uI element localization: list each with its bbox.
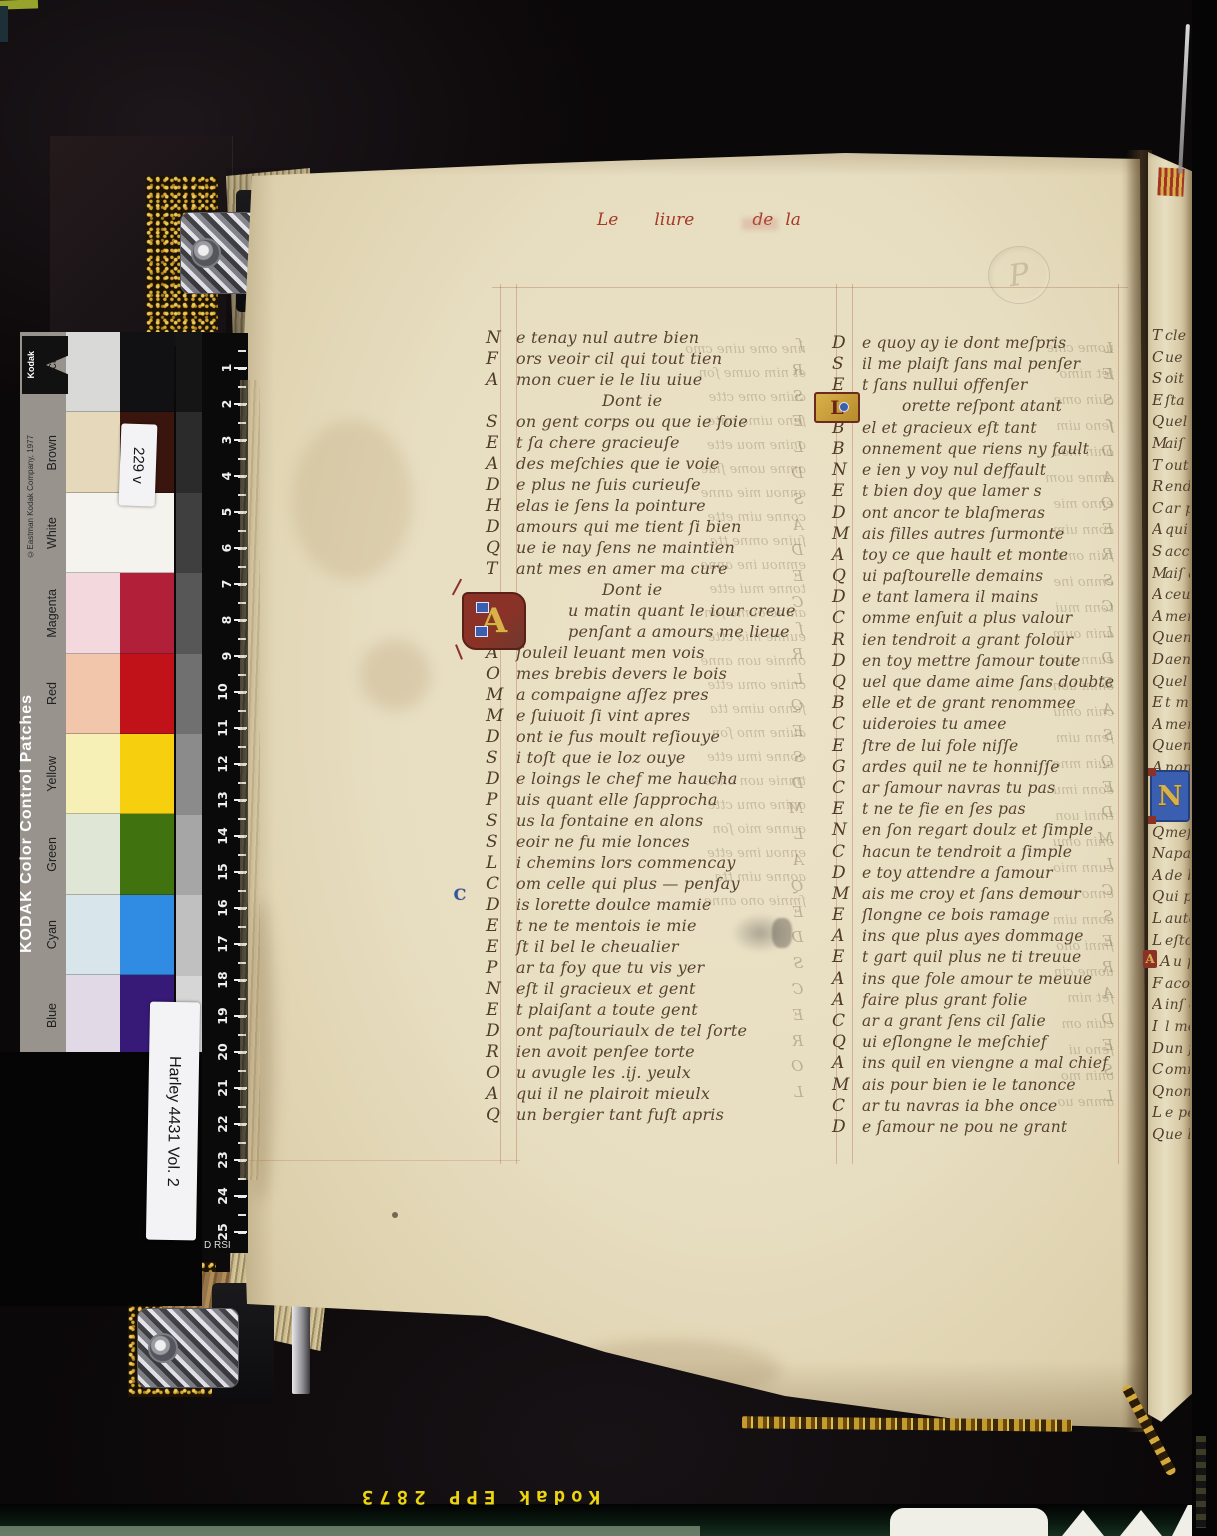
verse-line: E ſlongne ce bois ramage (832, 905, 1132, 926)
verse-initial-letter: E (486, 433, 516, 453)
ruler-number: 1 (219, 364, 234, 373)
verse-text: eoir ne fu mie lonces (516, 832, 690, 851)
gray-step (176, 493, 202, 573)
verse-line: M ais me croy et ſans demour (832, 884, 1132, 905)
film-corner-sliver-teal (0, 6, 8, 42)
verse-text: oit (1165, 371, 1184, 387)
verse-line: S eoir ne fu mie lonces (486, 832, 820, 853)
verse-line-fragment: E t m (1152, 693, 1190, 715)
verse-line: orette reſpont atant (872, 397, 1132, 418)
verse-initial-letter: S (1152, 542, 1165, 560)
verse-line: P uis quant elle ſapprocha (486, 790, 820, 811)
patch-pale (66, 493, 120, 573)
ink-blot (772, 918, 792, 948)
verse-line: E t ſans nullui offenſer (832, 375, 1132, 396)
ruler-number: 16 (215, 899, 230, 916)
verse-initial-letter: O (486, 664, 516, 684)
verse-line: D e toy attendre a ſamour (832, 863, 1132, 884)
verse-line: A ins que plus ayes dommage (832, 926, 1132, 947)
verse-initial-letter: S (486, 811, 516, 831)
verse-line: M a compaigne aſſez pres (486, 685, 820, 706)
verse-line: P ar ta foy que tu vis yer (486, 958, 820, 979)
verse-line-fragment: A mer (1152, 715, 1190, 737)
ruler-major-tick (234, 1231, 247, 1233)
verse-text: apa (1165, 846, 1190, 862)
ruler-number: 14 (215, 827, 230, 844)
verse-line-fragment: D aen (1152, 650, 1190, 672)
verse-text: uis quant elle ſapprocha (516, 790, 718, 809)
verse-line-fragment: L eſtoi (1152, 931, 1190, 953)
verse-text: elas ie ſens la pointure (516, 496, 706, 515)
verse-text: ins que fole amour te meuue (862, 970, 1092, 988)
initial-blue-accent (476, 602, 489, 613)
shelfmark-text: Harley 4431 Vol. 2 (163, 1055, 183, 1186)
verse-text: un f (1165, 1041, 1190, 1057)
text-column-right: D e quoy ay ie dont meſpris S il me plai… (832, 333, 1132, 1138)
verse-initial-letter: C (832, 608, 862, 628)
film-edge-code: Kodak EPP 2873 (356, 1486, 600, 1508)
ruler-number: 22 (215, 1115, 230, 1132)
verse-initial-letter: E (832, 905, 862, 925)
ruler-number: 24 (215, 1187, 230, 1204)
verse-initial-letter: N (486, 328, 516, 348)
gray-step (176, 332, 202, 412)
verse-text: acon (1165, 976, 1190, 992)
verse-line: penſant a amours me lieue (538, 622, 820, 643)
verse-initial-letter: D (832, 863, 862, 883)
ruler-number: 4 (219, 472, 234, 481)
verse-initial-letter: E (832, 947, 862, 967)
ruler-number: 21 (215, 1079, 230, 1096)
verse-text: uel n (1165, 674, 1190, 690)
verse-text: u avugle les .ij. yeulx (516, 1063, 691, 1082)
verse-line: C ar a grant ſens cil ſalie (832, 1011, 1132, 1032)
verse-initial-letter: A (832, 926, 862, 946)
verse-initial-letter: C (832, 1011, 862, 1031)
patch-pale (66, 975, 120, 1055)
verse-text: ais pour bien ie le tanonce (862, 1076, 1076, 1094)
verse-line: S i toſt que ie loz ouye (486, 748, 820, 769)
verse-text: de bi (1165, 868, 1190, 884)
verse-text: ar ta foy que tu vis yer (516, 958, 704, 977)
verse-text: end (1165, 479, 1190, 495)
verse-initial-letter: Q (832, 566, 862, 586)
photographed-manuscript-scene: nne ome uine cmoet nim oume ſoncuine ome… (0, 0, 1217, 1536)
verse-line-fragment: Q meſ (1152, 823, 1190, 845)
verse-line-fragment: A u pro (1160, 952, 1190, 974)
verse-initial-letter: Q (1152, 887, 1165, 905)
verse-text: mon cuer ie le liu uiue (516, 370, 702, 389)
ruler-end-label: D RSI (204, 1240, 231, 1251)
gray-step (176, 654, 202, 734)
verse-line-fragment: Q uen (1152, 736, 1190, 758)
verse-text: en toy mettre ſamour toute (862, 652, 1081, 670)
verse-line: C ar tu navras ia bhe once (832, 1096, 1132, 1117)
patch-label-text: Blue (45, 1003, 59, 1028)
patch-label: Brown (38, 412, 66, 492)
verse-text: uel que dame aime ſans doubte (862, 673, 1114, 691)
verse-text: om celle qui plus — penſay (516, 874, 740, 893)
embossed-stamp-letter: P (1007, 256, 1032, 293)
verse-text: penſant a amours me lieue (568, 622, 790, 641)
ruler-number: 8 (219, 616, 234, 625)
verse-line-fragment: A qui (1152, 520, 1190, 542)
verse-text: u pro (1173, 954, 1190, 970)
verse-line-fragment: Q ue la (1152, 1125, 1190, 1147)
verse-initial-letter: S (486, 832, 516, 852)
verse-initial-letter: L (1152, 1103, 1165, 1121)
verse-text: i chemins lors commencay (516, 853, 736, 872)
patch-label: Magenta (38, 573, 66, 653)
film-notch (1062, 1510, 1104, 1536)
verse-initial-letter: S (486, 412, 516, 432)
patch-pale (66, 895, 120, 975)
rubric-word: liure (654, 210, 694, 230)
verse-line: M e ſuiuoit ſi vint apres (486, 706, 820, 727)
verse-line-fragment: Q non (1152, 1082, 1190, 1104)
verse-initial-letter: Q (832, 672, 862, 692)
ruler-number: 19 (215, 1007, 230, 1024)
verse-line: E t gart quil plus ne ti treuue (832, 947, 1132, 968)
verse-initial-letter: E (486, 916, 516, 936)
verse-text: ar ſamour navras tu pas (862, 779, 1055, 797)
film-sprocket-tab (890, 1508, 1048, 1536)
verse-text: e ſuiuoit ſi vint apres (516, 706, 690, 725)
verse-text: non (1165, 1084, 1190, 1100)
verse-text: aen (1165, 652, 1190, 668)
verse-initial-letter: Q (832, 1032, 862, 1052)
verse-text: cle (1165, 328, 1186, 344)
verse-text: uel (1165, 414, 1187, 430)
verse-line: A toy ce que hault et monte (832, 545, 1132, 566)
page-fore-edge-sliver (240, 380, 260, 1180)
verse-line: M ais pour bien ie le tanonce (832, 1075, 1132, 1096)
gray-step (176, 734, 202, 814)
verse-line: F ors veoir cil qui tout tien (486, 349, 820, 370)
verse-initial-letter: L (486, 853, 516, 873)
speck (392, 1212, 398, 1218)
verse-line-fragment: M aiſ a (1152, 564, 1190, 586)
embossed-stamp: P (988, 246, 1050, 304)
verse-text: Dont ie (602, 391, 662, 410)
verse-initial-letter: I (1152, 1017, 1165, 1035)
verse-initial-letter: H (486, 496, 516, 516)
verse-initial-letter: A (486, 370, 516, 390)
verse-line: N e ien y voy nul deffault (832, 460, 1132, 481)
patch-row: Green (38, 814, 174, 894)
metal-clamp-bottom (137, 1308, 239, 1388)
verse-line: A des meſchies que ie voie (486, 454, 820, 475)
verse-line: A ins que fole amour te meuue (832, 969, 1132, 990)
verse-text: ſlongne ce bois ramage (862, 906, 1050, 924)
patch-label: Yellow (38, 734, 66, 814)
verse-line-fragment: S acc (1152, 542, 1190, 564)
verse-line: L i chemins lors commencay (486, 853, 820, 874)
verse-text: Dont ie (602, 580, 662, 599)
patch-label-text: White (45, 517, 59, 549)
verse-initial-letter: Q (1152, 823, 1165, 841)
ruler-number: 2 (219, 400, 234, 409)
verse-initial-letter: B (832, 693, 862, 713)
verse-line: O mes brebis devers le bois (486, 664, 820, 685)
verse-line-fragment: C ar p (1152, 499, 1190, 521)
folio-number-label: 229 v (119, 423, 158, 506)
verse-text: amours qui me tient ſi bien (516, 517, 742, 536)
verse-initial-letter: Q (1152, 628, 1165, 646)
verse-text: t m (1165, 695, 1189, 711)
verse-initial-letter: A (1152, 866, 1165, 884)
verse-initial-letter: M (832, 1075, 862, 1095)
small-initial-c: C (452, 884, 468, 904)
verse-initial-letter: A (1152, 520, 1165, 538)
verse-line: A mon cuer ie le liu uiue (486, 370, 820, 391)
verse-initial-letter: Q (1152, 1082, 1165, 1100)
verse-text: e tant lamera il mains (862, 588, 1038, 606)
verse-initial-letter: E (832, 736, 862, 756)
verse-line: S us la fontaine en alons (486, 811, 820, 832)
verse-line: Q ue ie nay ſens ne maintien (486, 538, 820, 559)
verse-text: mer (1165, 717, 1190, 733)
verse-line: C ar ſamour navras tu pas (832, 778, 1132, 799)
verse-text: ar p (1165, 501, 1190, 517)
verse-line-fragment: L auto (1152, 909, 1190, 931)
verse-initial-letter: S (486, 748, 516, 768)
verse-text: ien tendroit a grant folour (862, 631, 1073, 649)
initial-letter: C (454, 885, 467, 904)
verse-text: men (1165, 609, 1190, 625)
verse-initial-letter: Q (1152, 736, 1165, 754)
verse-line: C omme enſuit a plus valour (832, 608, 1132, 629)
verse-line: D en toy mettre ſamour toute (832, 651, 1132, 672)
verse-text: ue (1165, 350, 1183, 366)
ruler-number: 13 (215, 791, 230, 808)
verse-text: t ſa chere gracieuſe (516, 433, 680, 452)
gray-step (176, 573, 202, 653)
patch-label-text: Yellow (45, 756, 59, 792)
verse-text: hacun te tendroit a ſimple (862, 843, 1072, 861)
verse-initial-letter: G (832, 757, 862, 777)
patch-pale (66, 412, 120, 492)
verse-text: uen (1165, 738, 1190, 754)
rubric-word: Le (597, 210, 618, 230)
verse-line-fragment: Q ui pe (1152, 887, 1190, 909)
verse-line: Q ui eſlongne le meſchief (832, 1032, 1132, 1053)
patch-saturated (120, 814, 174, 894)
verse-initial-letter: R (486, 1042, 516, 1062)
verse-line: T ant mes en amer ma cure (486, 559, 820, 580)
verse-initial-letter: L (1152, 909, 1165, 927)
verse-line-fragment: F acon (1152, 974, 1190, 996)
verse-initial-letter: R (832, 630, 862, 650)
verse-line: B elle et de grant renommee (832, 693, 1132, 714)
verse-initial-letter: T (1152, 456, 1165, 474)
patch-label-text: Red (45, 682, 59, 705)
folio-number-text: 229 v (129, 446, 147, 483)
verse-initial-letter: F (1152, 974, 1165, 992)
verse-initial-letter: E (1152, 391, 1165, 409)
small-initial-strip: A (1143, 950, 1157, 968)
verse-text: el et gracieux eſt tant (862, 419, 1037, 437)
verse-text: ue la (1165, 1127, 1190, 1143)
verse-initial-letter: M (486, 685, 516, 705)
verse-line-fragment: C omm (1152, 1060, 1190, 1082)
patch-label: Red (38, 654, 66, 734)
patch-label-text: Cyan (45, 920, 59, 949)
verse-text: ui paſtourelle demains (862, 567, 1043, 585)
patch-label-text: Magenta (45, 589, 59, 638)
verse-text: ſt il bel le cheualier (516, 937, 679, 956)
film-right-edge (1192, 0, 1217, 1536)
verse-text: t ne te mentois ie mie (516, 916, 697, 935)
patch-saturated (120, 654, 174, 734)
verse-initial-letter: P (486, 958, 516, 978)
verse-text: ais filles autres ſurmonte (862, 525, 1064, 543)
verse-initial-letter: C (1152, 499, 1165, 517)
verse-line: D ont ancor te blaſmeras (832, 503, 1132, 524)
verse-text: ant mes en amer ma cure (516, 559, 728, 578)
verse-initial-letter: A (832, 969, 862, 989)
verse-initial-letter: C (486, 874, 516, 894)
verse-text: qui il ne plairoit mieulx (516, 1084, 710, 1103)
verse-initial-letter: R (1152, 477, 1165, 495)
verse-line-fragment: E ſta (1152, 391, 1190, 413)
verse-initial-letter: D (832, 1117, 862, 1137)
ruler-number: 11 (215, 719, 230, 736)
ruling-line-bottom (240, 1160, 520, 1161)
verse-line: D amours qui me tient ſi bien (486, 517, 820, 538)
verse-text: ſouleil leuant men vois (516, 643, 705, 662)
verse-line: Dont ie (572, 391, 820, 412)
verse-initial-letter: A (1152, 715, 1165, 733)
verse-text: mes brebis devers le bois (516, 664, 727, 683)
verse-text: ont paſtouriaulx de tel ſorte (516, 1021, 747, 1040)
verse-line-fragment: T out (1152, 456, 1190, 478)
verse-line: N e tenay nul autre bien (486, 328, 820, 349)
verse-text: ins quil en viengne a mal chief (862, 1054, 1108, 1072)
ruler-major-tick (234, 367, 247, 369)
illuminated-initial-a: A (462, 592, 526, 650)
ruler-number: 6 (219, 544, 234, 553)
verse-line: D e quoy ay ie dont meſpris (832, 333, 1132, 354)
verse-line: A ins quil en viengne a mal chief (832, 1053, 1132, 1074)
initial-blue-accent (475, 626, 488, 637)
verse-line: C uideroies tu amee (832, 714, 1132, 735)
shelfmark-label: Harley 4431 Vol. 2 (146, 1002, 200, 1241)
verse-text: inſ o (1165, 997, 1190, 1013)
verse-initial-letter: N (832, 820, 862, 840)
verse-text: toy ce que hault et monte (862, 546, 1068, 564)
verse-initial-letter: Q (1152, 1125, 1165, 1143)
patch-saturated (120, 573, 174, 653)
verse-line-fragment: M aiſ (1152, 434, 1190, 456)
verse-line: M ais filles autres ſurmonte (832, 524, 1132, 545)
film-bottom-white-line (0, 1526, 700, 1536)
verse-initial-letter: D (486, 517, 516, 537)
copyright-text-label: ©Eastman Kodak Company, 1977 (26, 435, 35, 559)
verse-initial-letter: E (486, 937, 516, 957)
verse-text: out (1165, 458, 1189, 474)
verse-line: D ont ie fus moult reſiouye (486, 727, 820, 748)
next-folio-text: T cle C ue S oit E ſta Q uel M aiſ T out… (1152, 326, 1190, 1148)
verse-initial-letter: D (486, 727, 516, 747)
verse-initial-letter: D (832, 587, 862, 607)
verse-text: t gart quil plus ne ti treuue (862, 948, 1081, 966)
kodak-strip-title: KODAK Color Control Patches (18, 594, 36, 1054)
verse-initial-letter: D (486, 895, 516, 915)
patch-saturated (120, 734, 174, 814)
verse-text: ceu (1165, 587, 1190, 603)
initial-letter: A (1145, 952, 1154, 966)
initial-red-accent (1148, 768, 1156, 776)
verse-text: l me (1165, 1019, 1190, 1035)
verse-line: Dont ie (572, 580, 820, 601)
verse-text: omme enſuit a plus valour (862, 609, 1072, 627)
verse-text: t bien doy que lamer s (862, 482, 1042, 500)
verse-initial-letter: Q (1152, 672, 1165, 690)
verse-line-fragment: R end (1152, 477, 1190, 499)
verse-text: on gent corps ou que ie ſoie (516, 412, 748, 431)
verse-text: elle et de grant renommee (862, 694, 1076, 712)
verse-text: eſtoi (1165, 933, 1190, 949)
patch-label: Blue (38, 975, 66, 1055)
ruler-number: 12 (215, 755, 230, 772)
verse-text: e ſamour ne pou ne grant (862, 1118, 1067, 1136)
patch-label: Cyan (38, 895, 66, 975)
verse-line: D e ſamour ne pou ne grant (832, 1117, 1132, 1138)
initial-red-accent (1148, 816, 1156, 824)
verse-initial-letter: A (832, 990, 862, 1010)
verse-initial-letter: D (1152, 1039, 1165, 1057)
ruler-number: 20 (215, 1043, 230, 1060)
verse-text: ardes quil ne te honniſſe (862, 758, 1060, 776)
verse-initial-letter: M (486, 706, 516, 726)
patch-label: Green (38, 814, 66, 894)
verse-initial-letter: T (1152, 326, 1165, 344)
verse-initial-letter: S (832, 354, 862, 374)
verse-line: G ardes quil ne te honniſſe (832, 757, 1132, 778)
verse-text: ors veoir cil qui tout tien (516, 349, 722, 368)
verse-line: E t ſa chere gracieuſe (486, 433, 820, 454)
verse-initial-letter: C (1152, 348, 1165, 366)
verse-text: ſta (1165, 393, 1185, 409)
verse-line: B onnement que riens ny fault (832, 439, 1132, 460)
gray-step (176, 815, 202, 895)
patch-label-text: Green (45, 837, 59, 872)
verse-text: il me plaiſt ſans mal penſer (862, 355, 1080, 373)
verse-text: a compaigne aſſez pres (516, 685, 709, 704)
verse-text: ien avoit penſee torte (516, 1042, 695, 1061)
ruler-number: 3 (219, 436, 234, 445)
verse-text: ui eſlongne le meſchief (862, 1033, 1047, 1051)
rubric-smudge (742, 218, 778, 230)
verse-initial-letter: B (832, 439, 862, 459)
parchment-stain (360, 640, 430, 710)
verse-text: qui (1165, 522, 1188, 538)
verse-line-fragment: C ue (1152, 348, 1190, 370)
patch-row: Yellow (38, 734, 174, 814)
verse-initial-letter: C (832, 1096, 862, 1116)
verse-text: t plaiſant a toute gent (516, 1000, 698, 1019)
verse-line: R ien avoit penſee torte (486, 1042, 820, 1063)
verse-text: ont ie fus moult reſiouye (516, 727, 720, 746)
ruler-cell: 24 (202, 1178, 248, 1214)
verse-line: E t ne te fie en ſes pas (832, 799, 1132, 820)
verse-line: D e plus ne ſuis curieuſe (486, 475, 820, 496)
verse-line-fragment: Q uen (1152, 628, 1190, 650)
verse-initial-letter: A (486, 454, 516, 474)
patch-saturated (120, 332, 174, 412)
verse-text: orette reſpont atant (902, 397, 1062, 415)
